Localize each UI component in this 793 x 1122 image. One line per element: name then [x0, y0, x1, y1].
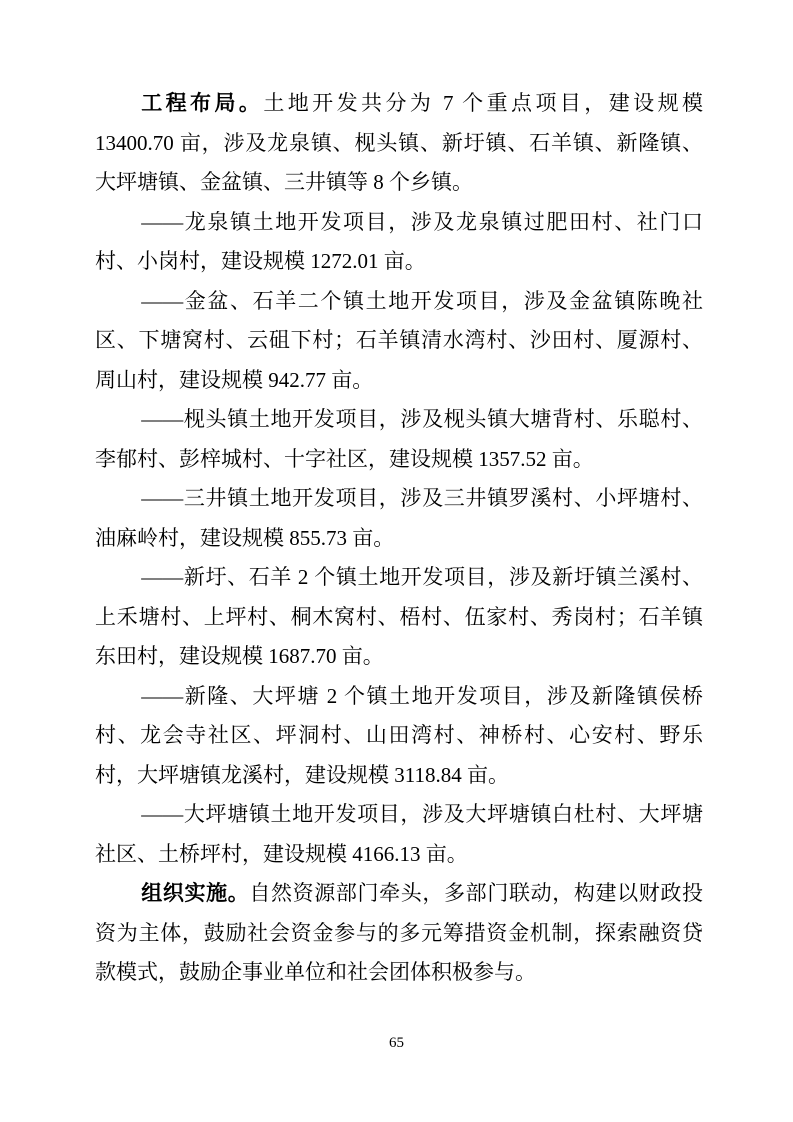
paragraph-lead: 组织实施。 — [141, 881, 249, 905]
paragraph-text: ——大坪塘镇土地开发项目，涉及大坪塘镇白杜村、大坪塘社区、土桥坪村，建设规模 4… — [95, 802, 703, 866]
paragraph-text: ——枧头镇土地开发项目，涉及枧头镇大塘背村、乐聪村、李郁村、彭梓城村、十字社区，… — [95, 407, 703, 471]
paragraph-jinpen-shiyang-project: ——金盆、石羊二个镇土地开发项目，涉及金盆镇陈晚社区、下塘窝村、云砠下村；石羊镇… — [95, 282, 703, 401]
document-body: 工程布局。土地开发共分为 7 个重点项目，建设规模 13400.70 亩，涉及龙… — [95, 84, 703, 993]
page-number: 65 — [389, 1035, 404, 1051]
paragraph-dapingtang-project: ——大坪塘镇土地开发项目，涉及大坪塘镇白杜村、大坪塘社区、土桥坪村，建设规模 4… — [95, 795, 703, 874]
paragraph-sanjing-project: ——三井镇土地开发项目，涉及三井镇罗溪村、小坪塘村、油麻岭村，建设规模 855.… — [95, 479, 703, 558]
paragraph-text: ——金盆、石羊二个镇土地开发项目，涉及金盆镇陈晚社区、下塘窝村、云砠下村；石羊镇… — [95, 289, 703, 392]
page-footer: 65 — [0, 1033, 793, 1053]
paragraph-longquan-project: ——龙泉镇土地开发项目，涉及龙泉镇过肥田村、社门口村、小岗村，建设规模 1272… — [95, 203, 703, 282]
paragraph-text: ——新圩、石羊 2 个镇土地开发项目，涉及新圩镇兰溪村、上禾塘村、上坪村、桐木窝… — [95, 565, 703, 668]
paragraph-lead: 工程布局。 — [141, 91, 263, 115]
paragraph-xinxu-shiyang-project: ——新圩、石羊 2 个镇土地开发项目，涉及新圩镇兰溪村、上禾塘村、上坪村、桐木窝… — [95, 558, 703, 677]
paragraph-project-layout: 工程布局。土地开发共分为 7 个重点项目，建设规模 13400.70 亩，涉及龙… — [95, 84, 703, 203]
paragraph-organization: 组织实施。自然资源部门牵头，多部门联动，构建以财政投资为主体，鼓励社会资金参与的… — [95, 874, 703, 993]
paragraph-text: ——三井镇土地开发项目，涉及三井镇罗溪村、小坪塘村、油麻岭村，建设规模 855.… — [95, 486, 703, 550]
document-page: 工程布局。土地开发共分为 7 个重点项目，建设规模 13400.70 亩，涉及龙… — [0, 0, 793, 1122]
paragraph-text: ——龙泉镇土地开发项目，涉及龙泉镇过肥田村、社门口村、小岗村，建设规模 1272… — [95, 210, 703, 274]
paragraph-text: ——新隆、大坪塘 2 个镇土地开发项目，涉及新隆镇侯桥村、龙会寺社区、坪洞村、山… — [95, 684, 703, 787]
paragraph-jiantou-project: ——枧头镇土地开发项目，涉及枧头镇大塘背村、乐聪村、李郁村、彭梓城村、十字社区，… — [95, 400, 703, 479]
paragraph-xinlong-dapingtang-project: ——新隆、大坪塘 2 个镇土地开发项目，涉及新隆镇侯桥村、龙会寺社区、坪洞村、山… — [95, 677, 703, 796]
